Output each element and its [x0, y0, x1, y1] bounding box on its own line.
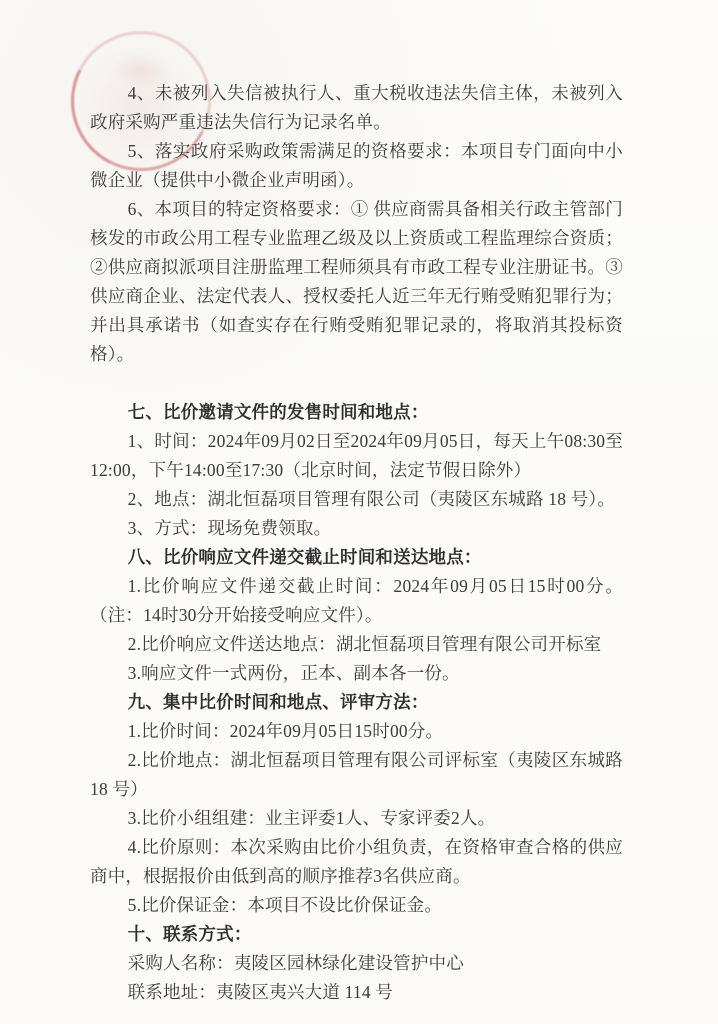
section-9-item-time: 1.比价时间：2024年09月05日15时00分。 [90, 717, 623, 746]
scanned-document-page: 4、未被列入失信被执行人、重大税收违法失信主体，未被列入政府采购严重违法失信行为… [0, 0, 718, 1024]
section-9-item-principle: 4.比价原则：本次采购由比价小组负责，在资格审查合格的供应商中，根据报价由低到高… [90, 833, 623, 891]
section-7-item-sale-time: 1、时间：2024年09月02日至2024年09月05日，每天上午08:30至1… [90, 427, 623, 485]
section-9-heading: 九、集中比价时间和地点、评审方法： [90, 688, 623, 717]
document-body: 4、未被列入失信被执行人、重大税收违法失信主体，未被列入政府采购严重违法失信行为… [90, 79, 623, 1007]
clause-6: 6、本项目的特定资格要求：① 供应商需具备相关行政主管部门核发的市政公用工程专业… [90, 195, 623, 369]
contact-purchaser-name: 采购人名称：夷陵区园林绿化建设管护中心 [90, 949, 623, 978]
clause-4: 4、未被列入失信被执行人、重大税收违法失信主体，未被列入政府采购严重违法失信行为… [90, 79, 623, 137]
section-8-heading: 八、比价响应文件递交截止时间和送达地点： [90, 543, 623, 572]
section-8-item-deadline: 1.比价响应文件递交截止时间：2024年09月05日15时00分。（注：14时3… [90, 572, 623, 630]
contact-address: 联系地址：夷陵区夷兴大道 114 号 [90, 978, 623, 1007]
section-8-item-copies: 3.响应文件一式两份，正本、副本各一份。 [90, 659, 623, 688]
clause-5: 5、落实政府采购政策需满足的资格要求：本项目专门面向中小微企业（提供中小微企业声… [90, 137, 623, 195]
section-7-item-sale-location: 2、地点：湖北恒磊项目管理有限公司（夷陵区东城路 18 号）。 [90, 485, 623, 514]
section-9-item-location: 2.比价地点：湖北恒磊项目管理有限公司评标室（夷陵区东城路 18 号） [90, 746, 623, 804]
section-7-heading: 七、比价邀请文件的发售时间和地点： [90, 398, 623, 427]
section-7-item-sale-method: 3、方式：现场免费领取。 [90, 514, 623, 543]
section-9-item-deposit: 5.比价保证金：本项目不设比价保证金。 [90, 891, 623, 920]
section-10-heading: 十、联系方式： [90, 920, 623, 949]
section-8-item-delivery-location: 2.比价响应文件送达地点：湖北恒磊项目管理有限公司开标室 [90, 630, 623, 659]
section-9-item-panel: 3.比价小组组建：业主评委1人、专家评委2人。 [90, 804, 623, 833]
